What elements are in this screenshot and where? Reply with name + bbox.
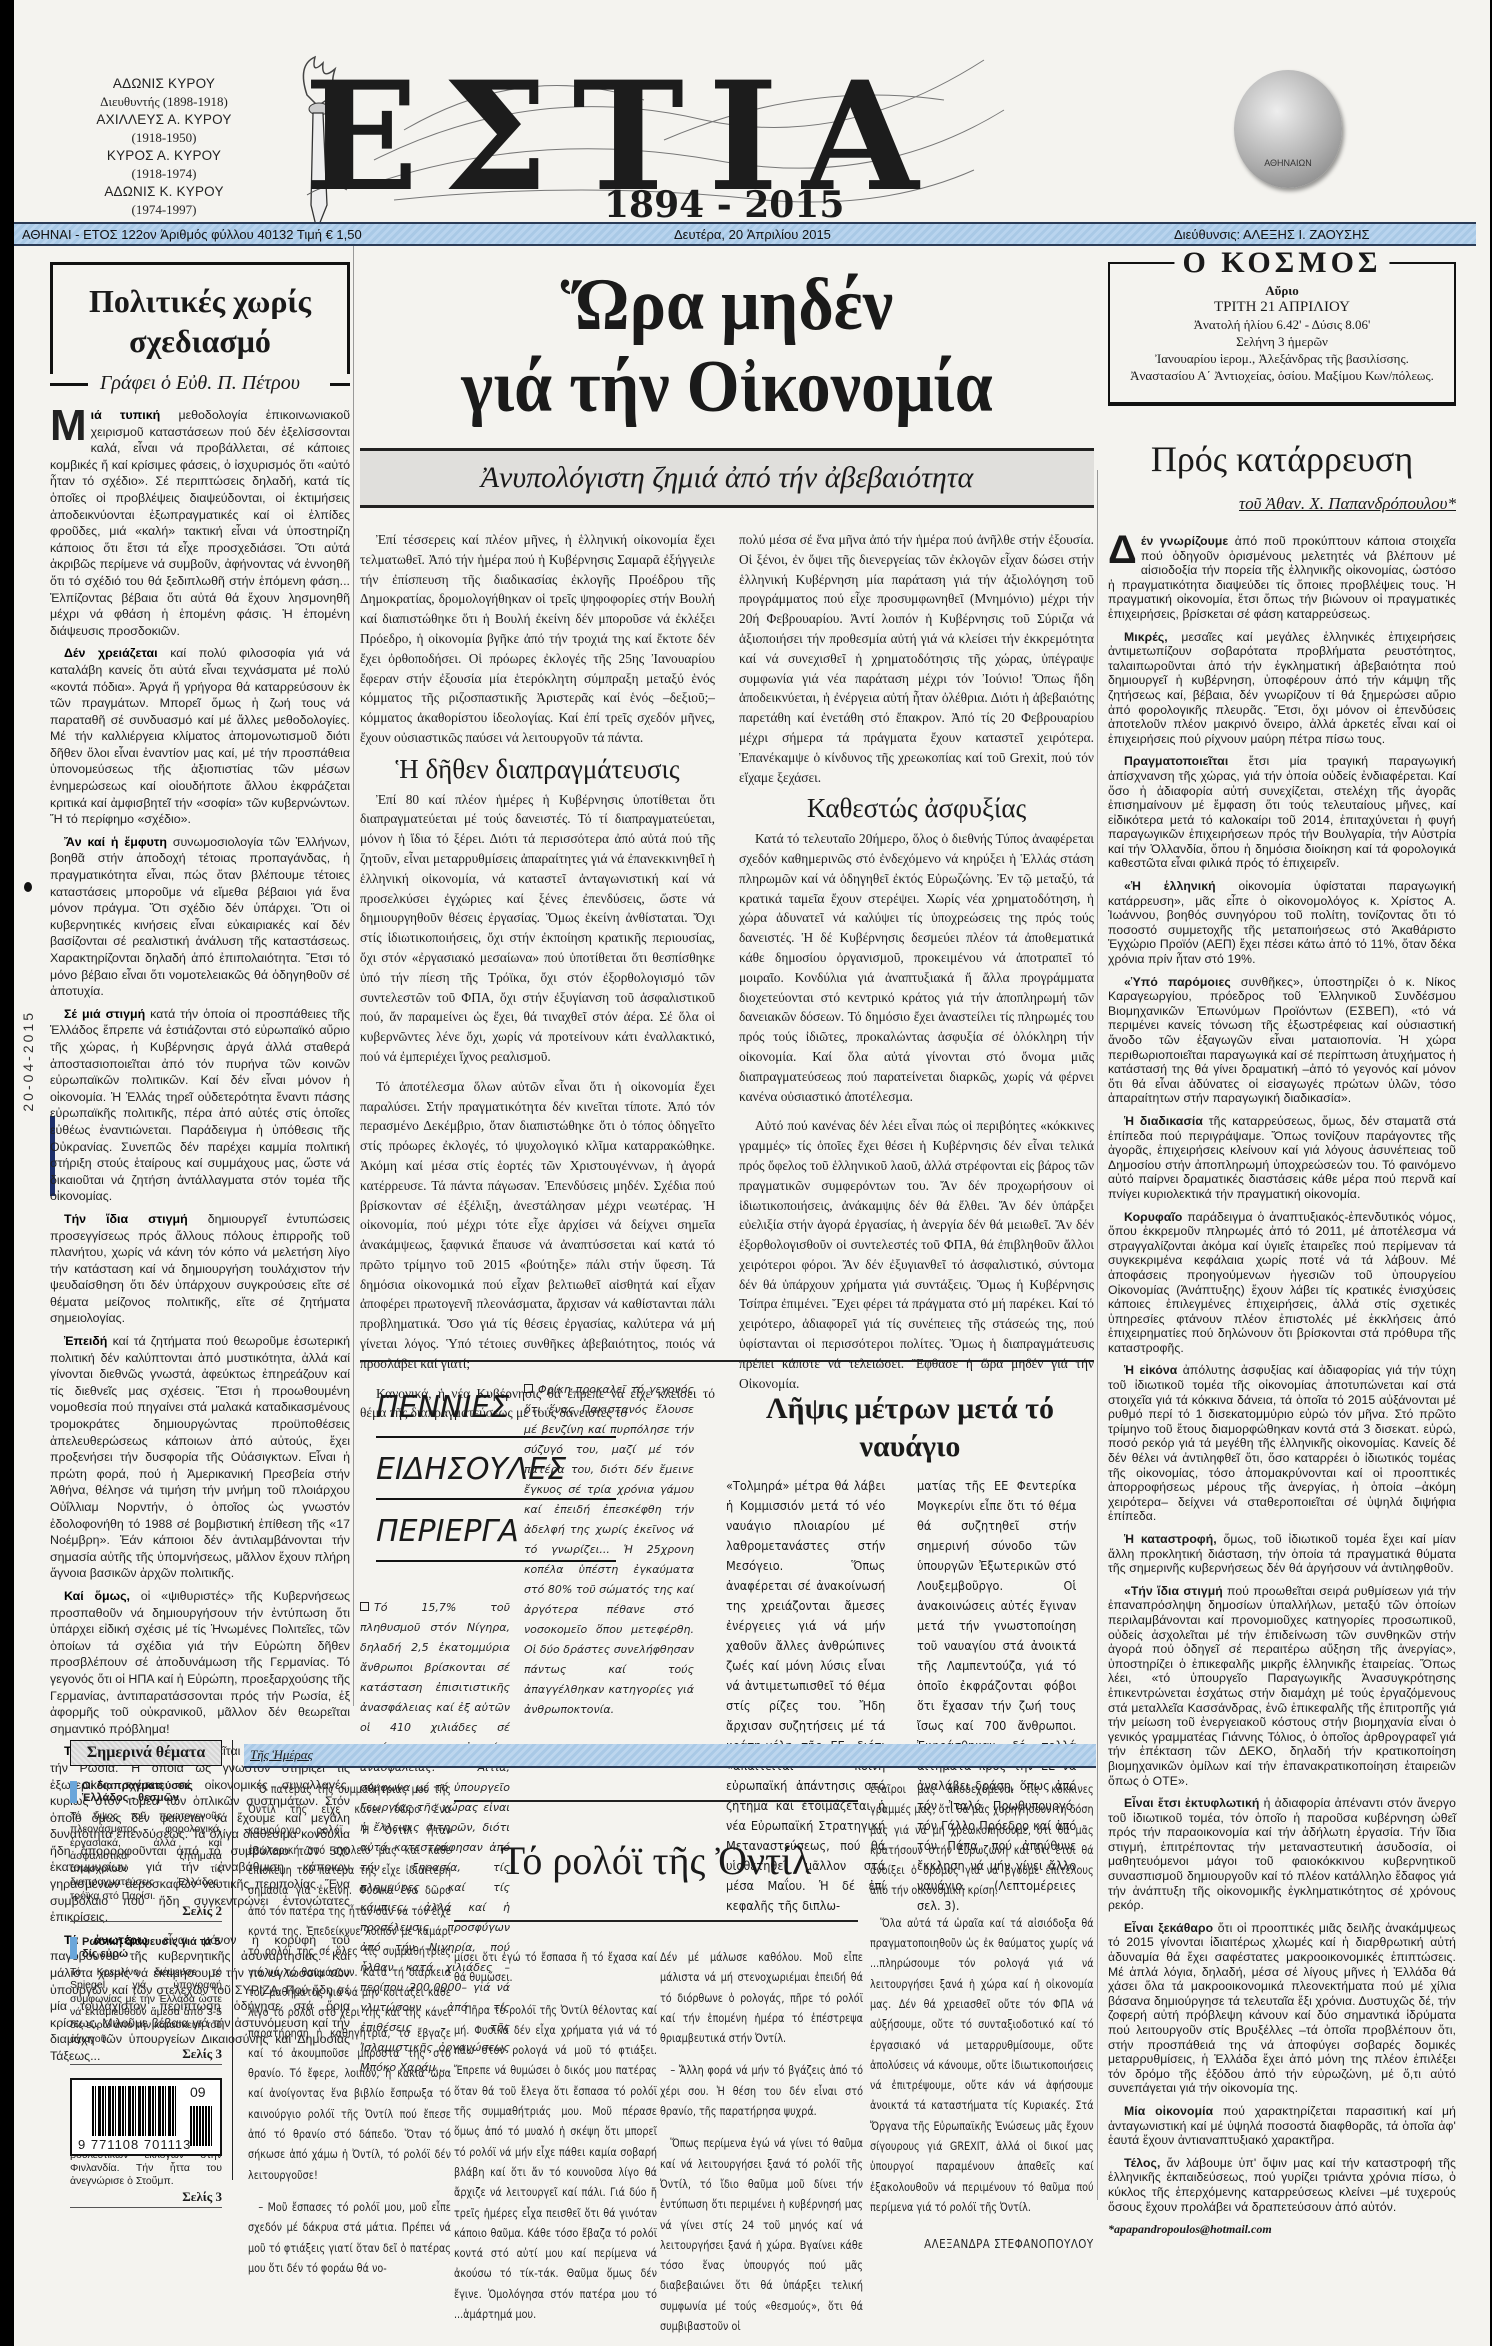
- founder-years: (1974-1997): [74, 201, 254, 219]
- column-divider: [232, 1740, 233, 2180]
- right-article-body: Δέν γνωρίζουμε ἀπό ποῦ προκύπτουν κάποια…: [1108, 534, 1456, 2214]
- migration-article-title: Λῆψις μέτρων μετά τό ναυάγιο: [726, 1390, 1094, 1466]
- founder-name: ΑΔΩΝΙΣ ΚΥΡΟΥ: [74, 75, 254, 93]
- founder-years: (1918-1974): [74, 165, 254, 183]
- founder-name: ΑΧΙΛΛΕΥΣ Α. ΚΥΡΟΥ: [74, 111, 254, 129]
- subheading: Καθεστώς ἀσφυξίας: [739, 799, 1094, 819]
- column-divider: [1097, 470, 1098, 2200]
- margin-dot: [24, 882, 32, 892]
- main-article-col-2: πολύ μέσα σέ ἕνα μῆνα ἀπό τήν ἡμέρα πού …: [739, 530, 1094, 1433]
- athena-coin-icon: ΑΘΗΝΑΙΩΝ: [1234, 70, 1342, 188]
- column-text-1: Ὁ πατέρας τῆς συμμαθήτριάς μου τῆς Ὀντίλ…: [248, 1780, 451, 2291]
- right-column: Ο ΚΟΣΜΟΣ Αὔριο ΤΡΙΤΗ 21 ΑΠΡΙΛΙΟΥ Ἀνατολή…: [1108, 262, 1456, 2237]
- main-article-columns: Ἐπί τέσσερεις καί πλέον μῆνες, ἡ ἑλληνικ…: [360, 530, 1094, 1433]
- masthead-logo: ΕΣΤΙΑ 1894 - 2015: [284, 40, 1044, 220]
- author-email: *apapandropoulos@hotmail.com: [1108, 2222, 1456, 2237]
- main-article-col-1: Ἐπί τέσσερεις καί πλέον μῆνες, ἡ ἑλληνικ…: [360, 530, 715, 1433]
- founder-years: (1918-1950): [74, 129, 254, 147]
- pennies-header: Πεννιες Ειδησουλες Περιεργα: [360, 1380, 510, 1562]
- founder-name: ΚΥΡΟΣ Α. ΚΥΡΟΥ: [74, 147, 254, 165]
- column-author: ΑΛΕΞΑΝΔΡΑ ΣΤΕΦΑΝΟΠΟΥΛΟΥ: [870, 2234, 1094, 2254]
- left-article-header: Πολιτικές χωρίς σχεδιασμό: [50, 262, 350, 374]
- topic-title: Ρωσική διάψευσις γιά τά 5 δίς εὐρώ: [70, 1936, 222, 1960]
- bullet-square-icon: [360, 1602, 369, 1611]
- topic-summary: Τό ὕψος τοῦ πρωτογενοῦς πλεονάσματος, φο…: [70, 1810, 222, 1903]
- left-article-title: Πολιτικές χωρίς σχεδιασμό: [53, 265, 347, 361]
- newspaper-years: 1894 - 2015: [604, 184, 844, 226]
- right-article-title: Πρός κατάρρευση: [1108, 438, 1456, 480]
- tis-imeras-column: Ὁ πατέρας τῆς συμμαθήτριάς μου τῆς Ὀντίλ…: [248, 1780, 1096, 2200]
- topic-title: Οἱ διαπραγματεύσεις Ἑλλάδος - θεσμῶν: [70, 1780, 222, 1804]
- main-headline: Ὥρα μηδέν γιά τήν Οἰκονομία: [389, 264, 1064, 428]
- drop-cap: Δ: [1108, 535, 1137, 565]
- newspaper-front-page: ΑΔΩΝΙΣ ΚΥΡΟΥ Διευθυντής (1898-1918) ΑΧΙΛ…: [14, 0, 1490, 2346]
- left-article-byline: Γράφει ὁ Εὐθ. Π. Πέτρου: [50, 372, 350, 407]
- barcode: 09 9 771108 701113: [70, 2078, 222, 2156]
- todays-topics-header: Σημερινά θέματα: [70, 1740, 222, 1766]
- founder-name: ΑΔΩΝΙΣ Κ. ΚΥΡΟΥ: [74, 183, 254, 201]
- topic-page: Σελίς 3: [70, 2189, 222, 2205]
- column-text-4: ἑταῖροι μας ἀποδεχόμενοι τίς κόκκινες γρ…: [870, 1780, 1094, 2255]
- section-bar-tis-imeras: Τῆς Ἡμέρας: [244, 1744, 1096, 1768]
- topic-page: Σελίς 2: [70, 1903, 222, 1919]
- topic-page: Σελίς 3: [70, 2046, 222, 2062]
- barcode-number: 9 771108 701113: [78, 2137, 191, 2152]
- section-divider: [360, 1360, 1094, 1362]
- topic-item[interactable]: Οἱ διαπραγματεύσεις Ἑλλάδος - θεσμῶν Τό …: [70, 1780, 222, 1922]
- column-text-3: Δέν μέ μάλωσε καθόλου. Μοῦ εἶπε μάλιστα …: [660, 1948, 863, 2346]
- founders-list: ΑΔΩΝΙΣ ΚΥΡΟΥ Διευθυντής (1898-1918) ΑΧΙΛ…: [74, 75, 254, 219]
- drop-cap: M: [50, 408, 87, 444]
- section-label: Τῆς Ἡμέρας: [250, 1747, 313, 1763]
- main-article: Ὥρα μηδέν γιά τήν Οἰκονομία Ἀνυπολόγιστη…: [360, 246, 1094, 1433]
- masthead-info-bar: ΑΘΗΝΑΙ - ΕΤΟΣ 122ον Ἀριθμός φύλλου 40132…: [14, 222, 1476, 246]
- side-date: 20-04-2015: [20, 1010, 36, 1112]
- issue-date: Δευτέρα, 20 Ἀπριλίου 2015: [674, 225, 831, 245]
- founder-years: Διευθυντής (1898-1918): [74, 93, 254, 111]
- column-divider: [353, 246, 354, 1706]
- barcode-addon-bars-icon: [190, 2106, 212, 2146]
- topic-item[interactable]: Ρωσική διάψευσις γιά τά 5 δίς εὐρώ Τό Κρ…: [70, 1936, 222, 2065]
- main-subheadline: Ἀνυπολόγιστη ζημιά ἀπό τήν ἀβεβαιότητα: [360, 448, 1094, 508]
- barcode-bars-icon: [92, 2086, 178, 2136]
- director: Διεύθυνσις: ΑΛΕΞΗΣ Ι. ΖΑΟΥΣΗΣ: [1174, 225, 1370, 245]
- subheading: Ἡ δῆθεν διαπραγμάτευσις: [360, 760, 715, 780]
- topic-summary: Τό Κρεμλίνο διέψευσε τό Spiegel γιά ὑπογ…: [70, 1966, 222, 2046]
- right-article-byline: τοῦ Ἀθαν. Χ. Παπανδρόπουλου*: [1108, 494, 1456, 514]
- kosmos-title: Ο ΚΟΣΜΟΣ: [1174, 246, 1389, 280]
- kosmos-box: Ο ΚΟΣΜΟΣ Αὔριο ΤΡΙΤΗ 21 ΑΠΡΙΛΙΟΥ Ἀνατολή…: [1108, 262, 1456, 406]
- bullet-square-icon: [524, 1384, 533, 1393]
- issue-info: ΑΘΗΝΑΙ - ΕΤΟΣ 122ον Ἀριθμός φύλλου 40132…: [22, 225, 362, 245]
- column-text-2: μίσει ὅτι ἐγώ τό ἔσπασα ἤ τό ἔχασα καί θ…: [454, 1948, 657, 2337]
